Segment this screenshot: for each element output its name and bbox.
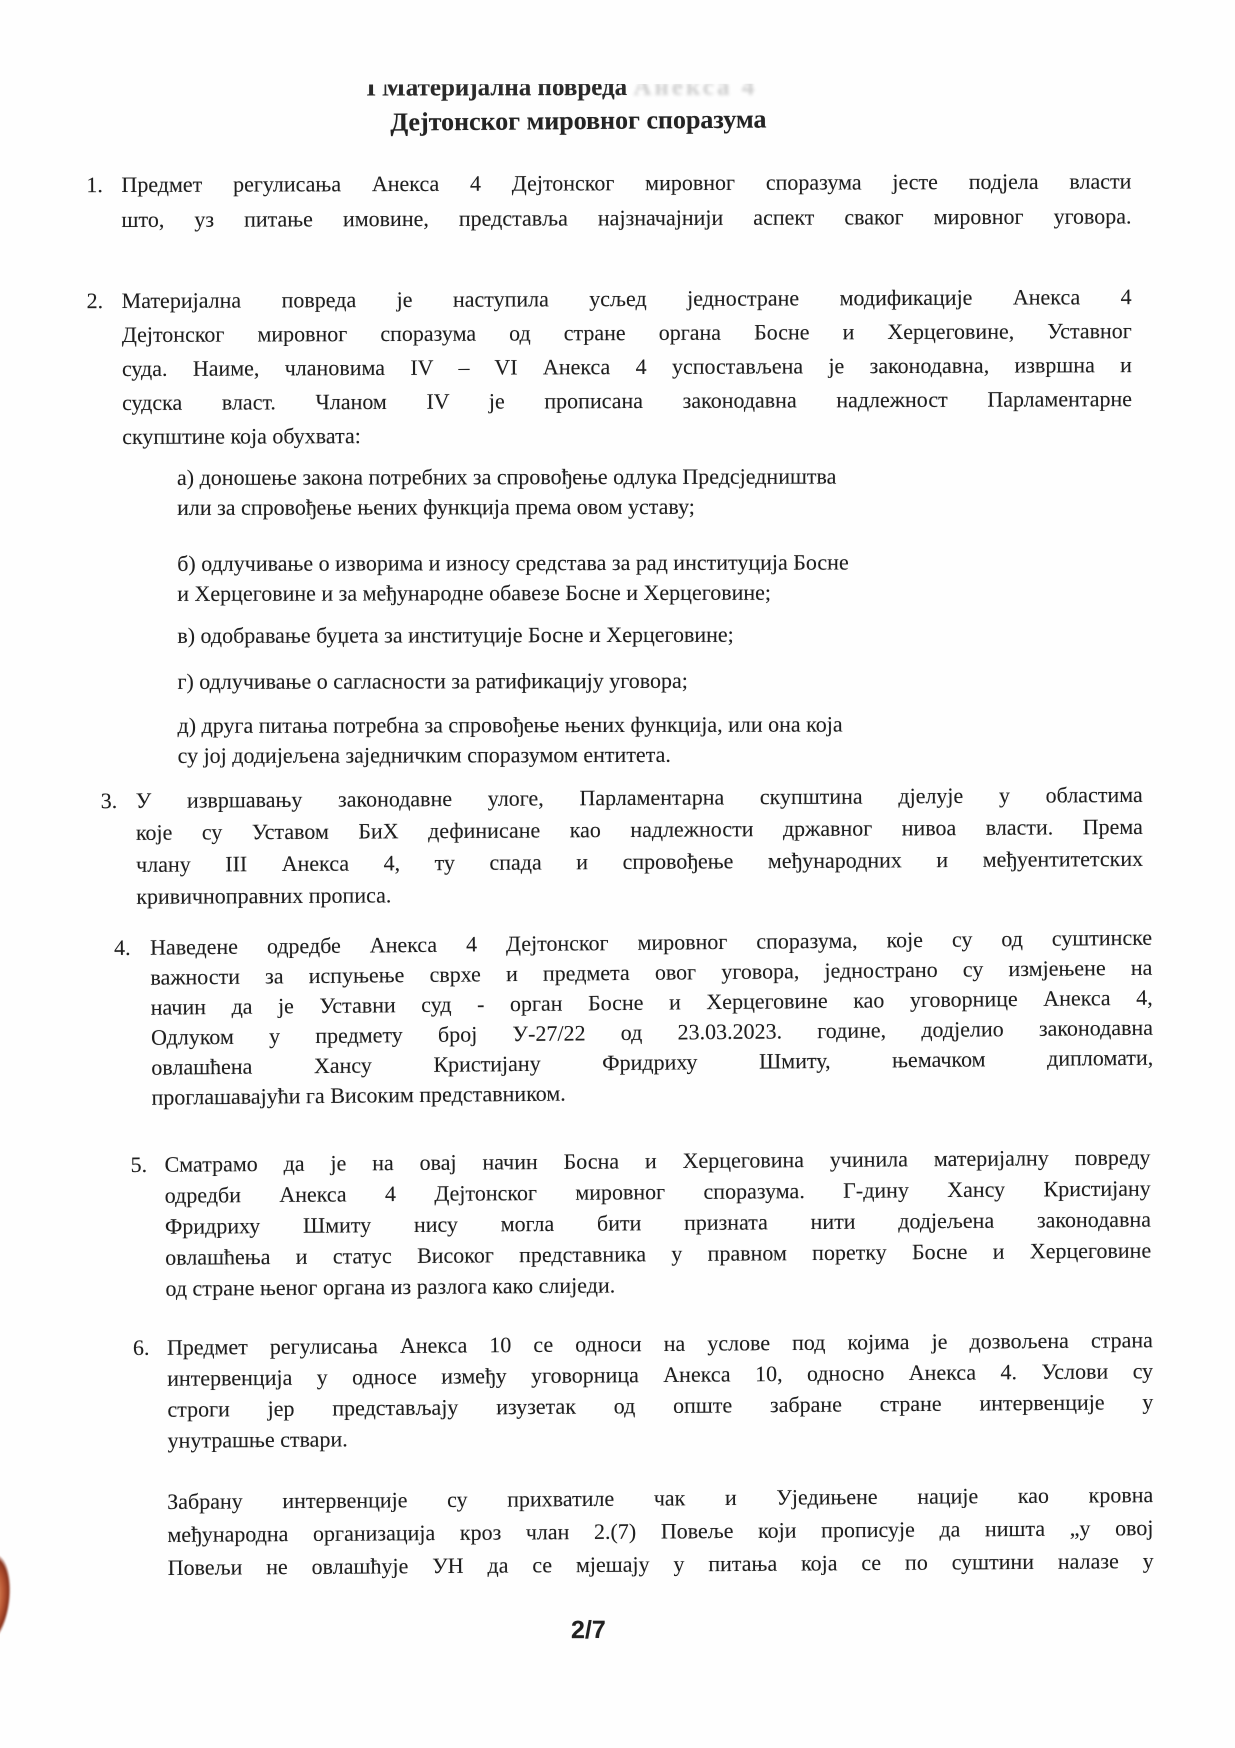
text-line: Повељи не овлашћује УН да се мјешају у п… xyxy=(168,1544,1154,1584)
list-item-6: 6. Предмет регулисања Анекса 10 се однос… xyxy=(133,1324,1154,1456)
text-line: унутрашње ствари. xyxy=(168,1417,1154,1456)
text-line: Материјална повреда је наступила усљед ј… xyxy=(122,280,1132,318)
scanned-document-page: I Материјална повреда Анекса 4 Дејтонско… xyxy=(0,0,1235,1748)
text-line: б) одлучивање о изворима и износу средст… xyxy=(177,547,1037,579)
text-line: в) одобравање буџета за институције Босн… xyxy=(177,619,1037,651)
text-line: и Херцеговине и за међународне обавезе Б… xyxy=(177,577,1037,609)
text-line: члану III Анекса 4, ту спада и спровођењ… xyxy=(136,843,1143,881)
continuation-text: Забрану интервенције су прихватиле чак и… xyxy=(167,1478,1154,1584)
list-item-4: 4. Наведене одредбе Анекса 4 Дејтонског … xyxy=(114,923,1154,1113)
sub-item-a: а) доношење закона потребних за спровође… xyxy=(177,461,1007,523)
text-line: г) одлучивање о сагласности за ратификац… xyxy=(177,665,1037,697)
item-5-text: Сматрамо да је на овај начин Босна и Хер… xyxy=(164,1142,1151,1304)
sub-item-b: б) одлучивање о изворима и износу средст… xyxy=(177,547,1037,609)
text-line: од стране њеног органа из разлога како с… xyxy=(165,1266,1151,1304)
item-6-number: 6. xyxy=(133,1332,150,1363)
item-6-text: Предмет регулисања Анекса 10 се односи н… xyxy=(167,1324,1154,1456)
item-2-text: Материјална повреда је наступила усљед ј… xyxy=(122,280,1133,454)
sub-item-d: д) друга питања потребна за спровођење њ… xyxy=(177,709,1037,771)
scan-sheet: I Материјална повреда Анекса 4 Дејтонско… xyxy=(0,0,1235,1748)
item-5-number: 5. xyxy=(130,1149,147,1180)
item-3-text: У извршавању законодавне улоге, Парламен… xyxy=(136,779,1144,913)
sub-item-v: в) одобравање буџета за институције Босн… xyxy=(177,619,1037,651)
text-line: што, уз питање имовине, представља најзн… xyxy=(121,198,1131,237)
sub-item-g: г) одлучивање о сагласности за ратификац… xyxy=(177,665,1037,697)
item-2-number: 2. xyxy=(87,284,104,318)
header-line-2: Дејтонског мировног споразума xyxy=(390,105,766,138)
paragraph-continuation: Забрану интервенције су прихватиле чак и… xyxy=(167,1478,1154,1584)
item-3-number: 3. xyxy=(101,785,118,817)
item-4-text: Наведене одредбе Анекса 4 Дејтонског мир… xyxy=(150,923,1154,1113)
text-line: су јој додијељена заједничким споразумом… xyxy=(178,739,1038,771)
list-item-1: 1. Предмет регулисања Анекса 4 Дејтонско… xyxy=(86,163,1131,237)
page-number: 2/7 xyxy=(83,1615,1093,1646)
item-4-number: 4. xyxy=(114,933,131,963)
item-1-number: 1. xyxy=(86,167,103,202)
header-line-1-text: I Материјална повреда xyxy=(366,84,627,102)
header-line-1-faded-text: Анекса 4 xyxy=(633,84,757,101)
text-line: Предмет регулисања Анекса 4 Дејтонског м… xyxy=(121,163,1131,202)
list-item-2: 2. Материјална повреда је наступила усље… xyxy=(87,280,1133,454)
text-line: скупштине која обухвата: xyxy=(122,416,1132,454)
text-line: д) друга питања потребна за спровођење њ… xyxy=(177,709,1037,741)
text-line: а) доношење закона потребних за спровође… xyxy=(177,461,1007,493)
text-line: Дејтонског мировног споразума од стране … xyxy=(122,314,1132,352)
text-line: судска власт. Чланом IV је прописана зак… xyxy=(122,382,1132,420)
item-1-text: Предмет регулисања Анекса 4 Дејтонског м… xyxy=(121,163,1131,237)
list-item-3: 3. У извршавању законодавне улоге, Парла… xyxy=(101,779,1144,913)
header-line-1: I Материјална повреда Анекса 4 xyxy=(366,84,757,101)
text-line: суда. Наиме, члановима IV – VI Анекса 4 … xyxy=(122,348,1132,386)
list-item-5: 5. Сматрамо да је на овај начин Босна и … xyxy=(130,1142,1151,1304)
text-line: или за спровођење њених функција према о… xyxy=(177,491,1007,523)
header-line-1-clipped: I Материјална повреда Анекса 4 xyxy=(366,84,757,107)
text-line: кривичноправних прописа. xyxy=(136,875,1143,913)
